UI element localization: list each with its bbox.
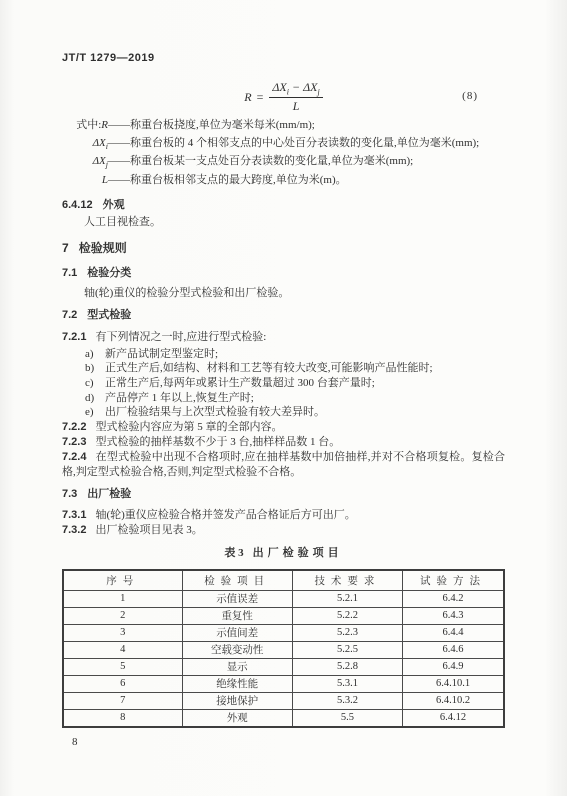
- numerator-term2: ΔX: [303, 80, 317, 94]
- formula-lhs: R: [244, 90, 251, 105]
- where-intro: 式中:: [76, 119, 101, 131]
- equation-8: R = ΔXi − ΔXj L (8): [62, 80, 505, 114]
- list-item: d) 产品停产 1 年以上,恢复生产时;: [62, 391, 505, 406]
- clause-number: 7.2.4: [62, 451, 86, 463]
- clause-text: 在型式检验中出现不合格项时,应在抽样基数中加倍抽样,并对不合格项复检。复检合格,…: [62, 451, 505, 478]
- clause-number: 7.3.2: [62, 524, 86, 536]
- cell-item: 显示: [182, 658, 292, 675]
- where-line: ΔXi ——称重台板的 4 个相邻支点的中心处百分表读数的变化量,单位为毫米(m…: [62, 136, 505, 154]
- section-title: 外观: [103, 199, 125, 211]
- section-heading-7: 7检验规则: [62, 240, 505, 256]
- cell-method: 6.4.6: [403, 641, 504, 658]
- cell-item: 示值误差: [182, 590, 292, 607]
- cell-item: 示值间差: [182, 624, 292, 641]
- clause-text: 型式检验的抽样基数不少于 3 台,抽样样品数 1 台。: [95, 436, 340, 448]
- cell-method: 6.4.4: [403, 624, 504, 641]
- list-7-2-1: a) 新产品试制定型鉴定时; b) 正式生产后,如结构、材料和工艺等有较大改变,…: [62, 347, 505, 420]
- cell-item: 绝缘性能: [182, 675, 292, 692]
- cell-method: 6.4.2: [403, 590, 504, 607]
- cell-method: 6.4.9: [403, 658, 504, 675]
- table-row: 8 外观 5.5 6.4.12: [63, 709, 504, 727]
- cell-requirement: 5.2.5: [292, 641, 402, 658]
- table3-caption-title: 出厂检验项目: [253, 547, 343, 559]
- section-title: 出厂检验: [87, 488, 131, 500]
- cell-method: 6.4.12: [403, 709, 504, 727]
- where-term: ΔXi: [62, 136, 108, 154]
- where-desc: ——称重台板的 4 个相邻支点的中心处百分表读数的变化量,单位为毫米(mm);: [108, 136, 505, 154]
- table-row: 1 示值误差 5.2.1 6.4.2: [63, 590, 504, 607]
- where-line: L ——称重台板相邻支点的最大跨度,单位为米(m)。: [62, 173, 505, 191]
- numerator-operator: −: [289, 80, 303, 94]
- cell-seq: 3: [63, 624, 182, 641]
- where-line: 式中:R ——称重台板挠度,单位为毫米每米(mm/m);: [62, 118, 505, 136]
- cell-requirement: 5.2.3: [292, 624, 402, 641]
- table-row: 2 重复性 5.2.2 6.4.3: [63, 607, 504, 624]
- cell-method: 6.4.3: [403, 607, 504, 624]
- table-row: 5 显示 5.2.8 6.4.9: [63, 658, 504, 675]
- list-item-label: e): [85, 405, 105, 420]
- where-line: ΔXj ——称重台板某一支点处百分表读数的变化量,单位为毫米(mm);: [62, 154, 505, 172]
- clause-number: 7.2.1: [62, 331, 86, 343]
- table-row: 6 绝缘性能 5.3.1 6.4.10.1: [63, 675, 504, 692]
- cell-seq: 2: [63, 607, 182, 624]
- cell-method: 6.4.10.2: [403, 692, 504, 709]
- section-heading-7-2: 7.2型式检验: [62, 308, 505, 322]
- where-term: ΔXj: [62, 154, 108, 172]
- section-number: 7.3: [62, 488, 77, 500]
- cell-seq: 4: [63, 641, 182, 658]
- cell-requirement: 5.5: [292, 709, 402, 727]
- term-symbol: R: [101, 119, 108, 131]
- list-item-label: b): [85, 361, 105, 376]
- cell-seq: 5: [63, 658, 182, 675]
- paragraph-6-4-12: 人工目视检查。: [62, 215, 505, 229]
- cell-requirement: 5.2.1: [292, 590, 402, 607]
- clause-text: 轴(轮)重仪应检验合格并签发产品合格证后方可出厂。: [95, 509, 355, 521]
- term-symbol: ΔX: [93, 137, 106, 149]
- section-number: 7: [62, 241, 69, 255]
- cell-seq: 6: [63, 675, 182, 692]
- col-header-requirement: 技术要求: [292, 570, 402, 591]
- clause-7-2-1: 7.2.1有下列情况之一时,应进行型式检验:: [62, 330, 505, 345]
- clause-number: 7.2.3: [62, 436, 86, 448]
- cell-seq: 7: [63, 692, 182, 709]
- numerator-term2-subscript: j: [317, 87, 319, 96]
- table3-caption-label: 表 3: [224, 547, 243, 559]
- cell-seq: 1: [63, 590, 182, 607]
- formula-numerator: ΔXi − ΔXj: [269, 80, 322, 98]
- section-number: 7.1: [62, 267, 77, 279]
- table3-caption: 表 3出厂检验项目: [62, 546, 505, 561]
- cell-item: 外观: [182, 709, 292, 727]
- list-item-text: 新产品试制定型鉴定时;: [105, 347, 505, 362]
- clause-7-3-1: 7.3.1轴(轮)重仪应检验合格并签发产品合格证后方可出厂。: [62, 508, 505, 523]
- clause-7-2-2: 7.2.2型式检验内容应为第 5 章的全部内容。: [62, 420, 505, 435]
- clause-text: 出厂检验项目见表 3。: [95, 524, 202, 536]
- list-item-text: 正式生产后,如结构、材料和工艺等有较大改变,可能影响产品性能时;: [105, 361, 505, 376]
- cell-seq: 8: [63, 709, 182, 727]
- clause-number: 7.3.1: [62, 509, 86, 521]
- section-number: 7.2: [62, 309, 77, 321]
- paragraph-7-1: 轴(轮)重仪的检验分型式检验和出厂检验。: [62, 286, 505, 300]
- cell-requirement: 5.3.2: [292, 692, 402, 709]
- cell-item: 重复性: [182, 607, 292, 624]
- cell-method: 6.4.10.1: [403, 675, 504, 692]
- section-number: 6.4.12: [62, 199, 93, 211]
- list-item-text: 正常生产后,每两年或累计生产数量超过 300 台套产量时;: [105, 376, 505, 391]
- clause-7-3-2: 7.3.2出厂检验项目见表 3。: [62, 523, 505, 538]
- clause-7-2-4: 7.2.4在型式检验中出现不合格项时,应在抽样基数中加倍抽样,并对不合格项复检。…: [62, 450, 505, 480]
- cell-item: 空载变动性: [182, 641, 292, 658]
- clause-7-2-3: 7.2.3型式检验的抽样基数不少于 3 台,抽样样品数 1 台。: [62, 435, 505, 450]
- formula-denominator: L: [269, 98, 322, 114]
- numerator-term1: ΔX: [272, 80, 286, 94]
- section-heading-7-1: 7.1检验分类: [62, 266, 505, 280]
- list-item-label: a): [85, 347, 105, 362]
- list-item-label: c): [85, 376, 105, 391]
- list-item: a) 新产品试制定型鉴定时;: [62, 347, 505, 362]
- list-item: b) 正式生产后,如结构、材料和工艺等有较大改变,可能影响产品性能时;: [62, 361, 505, 376]
- list-item-label: d): [85, 391, 105, 406]
- formula-equals: =: [257, 90, 264, 105]
- formula: R = ΔXi − ΔXj L: [244, 80, 322, 114]
- list-item: c) 正常生产后,每两年或累计生产数量超过 300 台套产量时;: [62, 376, 505, 391]
- where-term: L: [62, 173, 108, 191]
- section-title: 检验规则: [79, 241, 127, 255]
- cell-requirement: 5.3.1: [292, 675, 402, 692]
- table-row: 4 空载变动性 5.2.5 6.4.6: [63, 641, 504, 658]
- where-clause-list: 式中:R ——称重台板挠度,单位为毫米每米(mm/m); ΔXi ——称重台板的…: [62, 118, 505, 191]
- formula-fraction: ΔXi − ΔXj L: [269, 80, 322, 114]
- col-header-item: 检验项目: [182, 570, 292, 591]
- section-title: 型式检验: [87, 309, 131, 321]
- clause-number: 7.2.2: [62, 421, 86, 433]
- where-desc: ——称重台板挠度,单位为毫米每米(mm/m);: [108, 118, 505, 136]
- list-item-text: 产品停产 1 年以上,恢复生产时;: [105, 391, 505, 406]
- col-header-method: 试验方法: [403, 570, 504, 591]
- list-item-text: 出厂检验结果与上次型式检验有较大差异时。: [105, 405, 505, 420]
- table-row: 7 接地保护 5.3.2 6.4.10.2: [63, 692, 504, 709]
- where-desc: ——称重台板相邻支点的最大跨度,单位为米(m)。: [108, 173, 505, 191]
- standard-number-header: JT/T 1279—2019: [62, 52, 505, 65]
- page-number: 8: [62, 735, 505, 749]
- section-heading-7-3: 7.3出厂检验: [62, 487, 505, 501]
- clause-text: 型式检验内容应为第 5 章的全部内容。: [95, 421, 282, 433]
- equation-number: (8): [462, 90, 478, 102]
- table-header-row: 序号 检验项目 技术要求 试验方法: [63, 570, 504, 591]
- where-desc: ——称重台板某一支点处百分表读数的变化量,单位为毫米(mm);: [108, 154, 505, 172]
- term-symbol: ΔX: [93, 155, 106, 167]
- factory-inspection-table: 序号 检验项目 技术要求 试验方法 1 示值误差 5.2.1 6.4.2 2 重…: [62, 569, 505, 728]
- where-term: 式中:R: [62, 118, 108, 136]
- table-row: 3 示值间差 5.2.3 6.4.4: [63, 624, 504, 641]
- list-item: e) 出厂检验结果与上次型式检验有较大差异时。: [62, 405, 505, 420]
- clause-text: 有下列情况之一时,应进行型式检验:: [95, 331, 266, 343]
- document-page: JT/T 1279—2019 R = ΔXi − ΔXj L (8) 式中:R …: [0, 0, 567, 796]
- cell-requirement: 5.2.8: [292, 658, 402, 675]
- section-heading-6-4-12: 6.4.12外观: [62, 198, 505, 212]
- section-title: 检验分类: [87, 267, 131, 279]
- col-header-seq: 序号: [63, 570, 182, 591]
- cell-requirement: 5.2.2: [292, 607, 402, 624]
- cell-item: 接地保护: [182, 692, 292, 709]
